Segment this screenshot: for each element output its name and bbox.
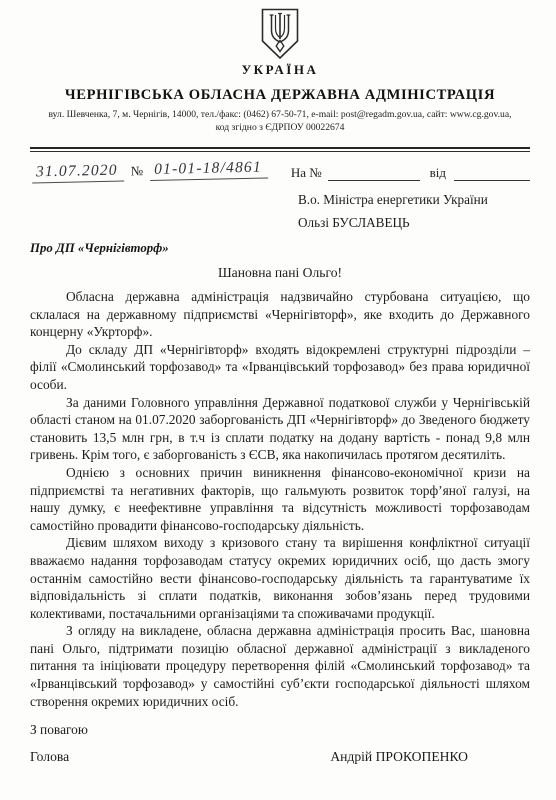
handwritten-date: 31.07.2020 bbox=[32, 162, 124, 184]
paragraph-3: За даними Головного управління Державної… bbox=[30, 394, 530, 464]
handwritten-number: 01-01-18/4861 bbox=[150, 159, 268, 181]
address-line-2: код згідно з ЄДРПОУ 00022674 bbox=[30, 122, 530, 135]
number-sign: № bbox=[131, 163, 144, 181]
paragraph-5: Дієвим шляхом виходу з кризового стану т… bbox=[30, 534, 530, 622]
reply-number-label: На № bbox=[291, 165, 322, 180]
salutation: Шановна пані Ольго! bbox=[30, 265, 530, 281]
letterhead-divider bbox=[30, 147, 530, 152]
paragraph-1: Обласна державна адміністрація надзвичай… bbox=[30, 288, 530, 341]
signer-name: Андрій ПРОКОПЕНКО bbox=[330, 749, 468, 765]
organization-title: ЧЕРНІГІВСЬКА ОБЛАСНА ДЕРЖАВНА АДМІНІСТРА… bbox=[30, 87, 530, 104]
reply-date-blank bbox=[454, 167, 530, 181]
reply-reference: На №від bbox=[291, 161, 530, 181]
closing-regards: З повагою bbox=[30, 722, 530, 738]
reference-row: 31.07.2020 № 01-01-18/4861 На №від bbox=[30, 161, 530, 181]
ukraine-trident-icon bbox=[30, 8, 530, 59]
recipient-name: Ользі БУСЛАВЕЦЬ bbox=[298, 211, 530, 234]
paragraph-2: До складу ДП «Чернігівторф» входять відо… bbox=[30, 341, 530, 394]
paragraph-6: З огляду на викладене, обласна державна … bbox=[30, 622, 530, 710]
signature-row: Голова Андрій ПРОКОПЕНКО bbox=[30, 749, 530, 765]
subject-line: Про ДП «Чернігівторф» bbox=[30, 241, 530, 256]
country-name: УКРАЇНА bbox=[30, 62, 530, 78]
reply-number-blank bbox=[328, 167, 420, 181]
address-line-1: вул. Шевченка, 7, м. Чернігів, 14000, те… bbox=[30, 109, 530, 122]
signer-position: Голова bbox=[30, 749, 69, 765]
paragraph-4: Однією з основних причин виникнення фіна… bbox=[30, 464, 530, 534]
letter-body: Обласна державна адміністрація надзвичай… bbox=[30, 288, 530, 710]
recipient-block: В.о. Міністра енергетики України Ользі Б… bbox=[298, 188, 530, 234]
reply-date-label: від bbox=[430, 165, 446, 180]
letter-page: УКРАЇНА ЧЕРНІГІВСЬКА ОБЛАСНА ДЕРЖАВНА АД… bbox=[0, 0, 556, 800]
recipient-position: В.о. Міністра енергетики України bbox=[298, 188, 530, 211]
outgoing-reference: 31.07.2020 № 01-01-18/4861 bbox=[30, 159, 268, 184]
letterhead: УКРАЇНА ЧЕРНІГІВСЬКА ОБЛАСНА ДЕРЖАВНА АД… bbox=[30, 8, 530, 152]
